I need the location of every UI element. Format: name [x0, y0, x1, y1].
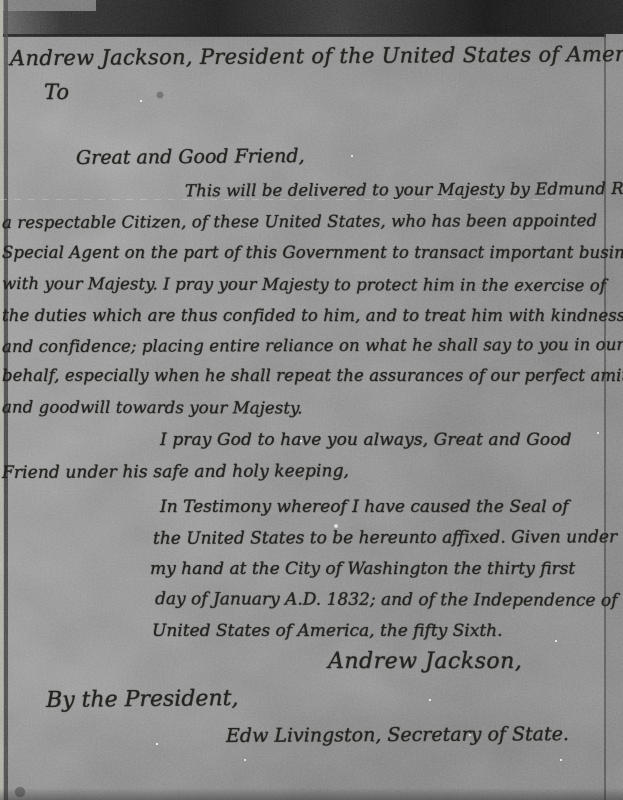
scanned-letter-page: Andrew Jackson, President of the United …	[0, 0, 623, 800]
signature-andrew-jackson: Andrew Jackson,	[328, 649, 522, 674]
body-line: and goodwill towards your Majesty.	[2, 397, 303, 417]
by-the-president-line: By the President,	[46, 686, 239, 713]
testimonium-line: my hand at the City of Washington the th…	[150, 559, 575, 579]
body-line: This will be delivered to your Majesty b…	[185, 179, 623, 201]
testimonium-line: United States of America, the fifty Sixt…	[152, 621, 503, 641]
body-line: and confidence; placing entire reliance …	[2, 335, 623, 356]
body-line: with your Majesty. I pray your Majesty t…	[2, 274, 606, 295]
body-line: a respectable Citizen, of these United S…	[2, 211, 597, 232]
testimonium-line: In Testimony whereof I have caused the S…	[160, 497, 569, 517]
letter-heading: Andrew Jackson, President of the United …	[10, 42, 623, 71]
body-line: Friend under his safe and holy keeping,	[2, 461, 349, 483]
body-line: I pray God to have you always, Great and…	[160, 430, 572, 450]
countersignature-secretary-of-state: Edw Livingston, Secretary of State.	[226, 723, 569, 747]
letter-to-label: To	[44, 80, 69, 104]
body-line: behalf, especially when he shall repeat …	[2, 366, 623, 385]
handwritten-text: Andrew Jackson, President of the United …	[0, 0, 623, 800]
letter-salutation: Great and Good Friend,	[76, 145, 305, 169]
testimonium-line: the United States to be hereunto affixed…	[153, 527, 617, 549]
body-line: the duties which are thus confided to hi…	[2, 306, 623, 325]
body-line: Special Agent on the part of this Govern…	[2, 243, 623, 262]
testimonium-line: day of January A.D. 1832; and of the Ind…	[155, 589, 623, 611]
